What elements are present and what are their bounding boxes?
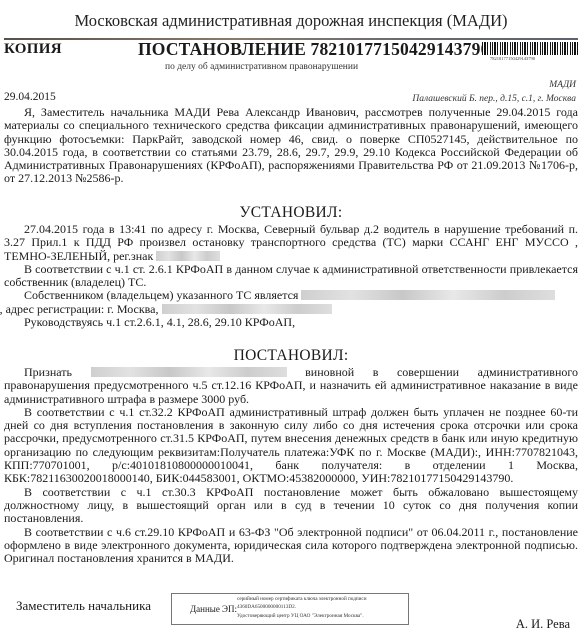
section-heading-decided: ПОСТАНОВИЛ: xyxy=(0,347,582,365)
esignature-issuer: Удостоверяющий центр УЦ ОАО "Электронная… xyxy=(237,613,364,619)
intro-paragraph: Я, Заместитель начальника МАДИ Рева Алек… xyxy=(4,106,578,186)
redacted-address xyxy=(162,304,332,314)
esignature-paragraph: В соответствии с ч.6 ст.29.10 КРФоАП и 6… xyxy=(4,526,578,566)
established-section: 27.04.2015 года в 13:41 по адресу г. Мос… xyxy=(4,223,578,329)
copy-label: КОПИЯ xyxy=(4,41,62,58)
issuer-address: Палашевский Б. пер., д.15, с.1, г. Москв… xyxy=(412,94,576,104)
organization-name: Московская административная дорожная инс… xyxy=(0,11,582,31)
redacted-name xyxy=(91,367,287,377)
document-title: ПОСТАНОВЛЕНИЕ 78210177150429143790 xyxy=(138,39,490,60)
issuer-org: МАДИ xyxy=(549,80,576,90)
guilty-paragraph: Признать виновной в совершении администр… xyxy=(4,366,578,406)
document-subtitle: по делу об административном правонарушен… xyxy=(165,62,358,72)
violation-paragraph: 27.04.2015 года в 13:41 по адресу г. Мос… xyxy=(4,223,578,263)
signer-position: Заместитель начальника xyxy=(16,598,151,614)
owner-paragraph: Собственником (владельцем) указанного ТС… xyxy=(4,289,578,316)
guided-paragraph: Руководствуясь ч.1 ст.2.6.1, 4.1, 28.6, … xyxy=(4,316,578,329)
decided-section: Признать виновной в совершении администр… xyxy=(4,366,578,565)
signer-name: А. И. Рева xyxy=(516,617,570,632)
esignature-serial: 4360DA6500000000113D2. xyxy=(237,604,296,610)
payment-paragraph: В соответствии с ч.1 ст.32.2 КРФоАП адми… xyxy=(4,406,578,486)
barcode-number: 78210177150429143790 xyxy=(490,56,535,61)
esignature-label: Данные ЭП: xyxy=(190,604,237,614)
appeal-paragraph: В соответствии с ч.1 ст.30.3 КРФоАП пост… xyxy=(4,486,578,526)
esignature-line-1: серийный номер сертификата ключа электро… xyxy=(237,596,367,602)
redacted-plate xyxy=(156,251,220,261)
liability-paragraph: В соответствии с ч.1 ст. 2.6.1 КРФоАП в … xyxy=(4,263,578,290)
barcode-image xyxy=(482,42,578,55)
redacted-owner xyxy=(301,290,555,300)
section-heading-established: УСТАНОВИЛ: xyxy=(0,204,582,222)
document-date: 29.04.2015 xyxy=(4,91,56,103)
